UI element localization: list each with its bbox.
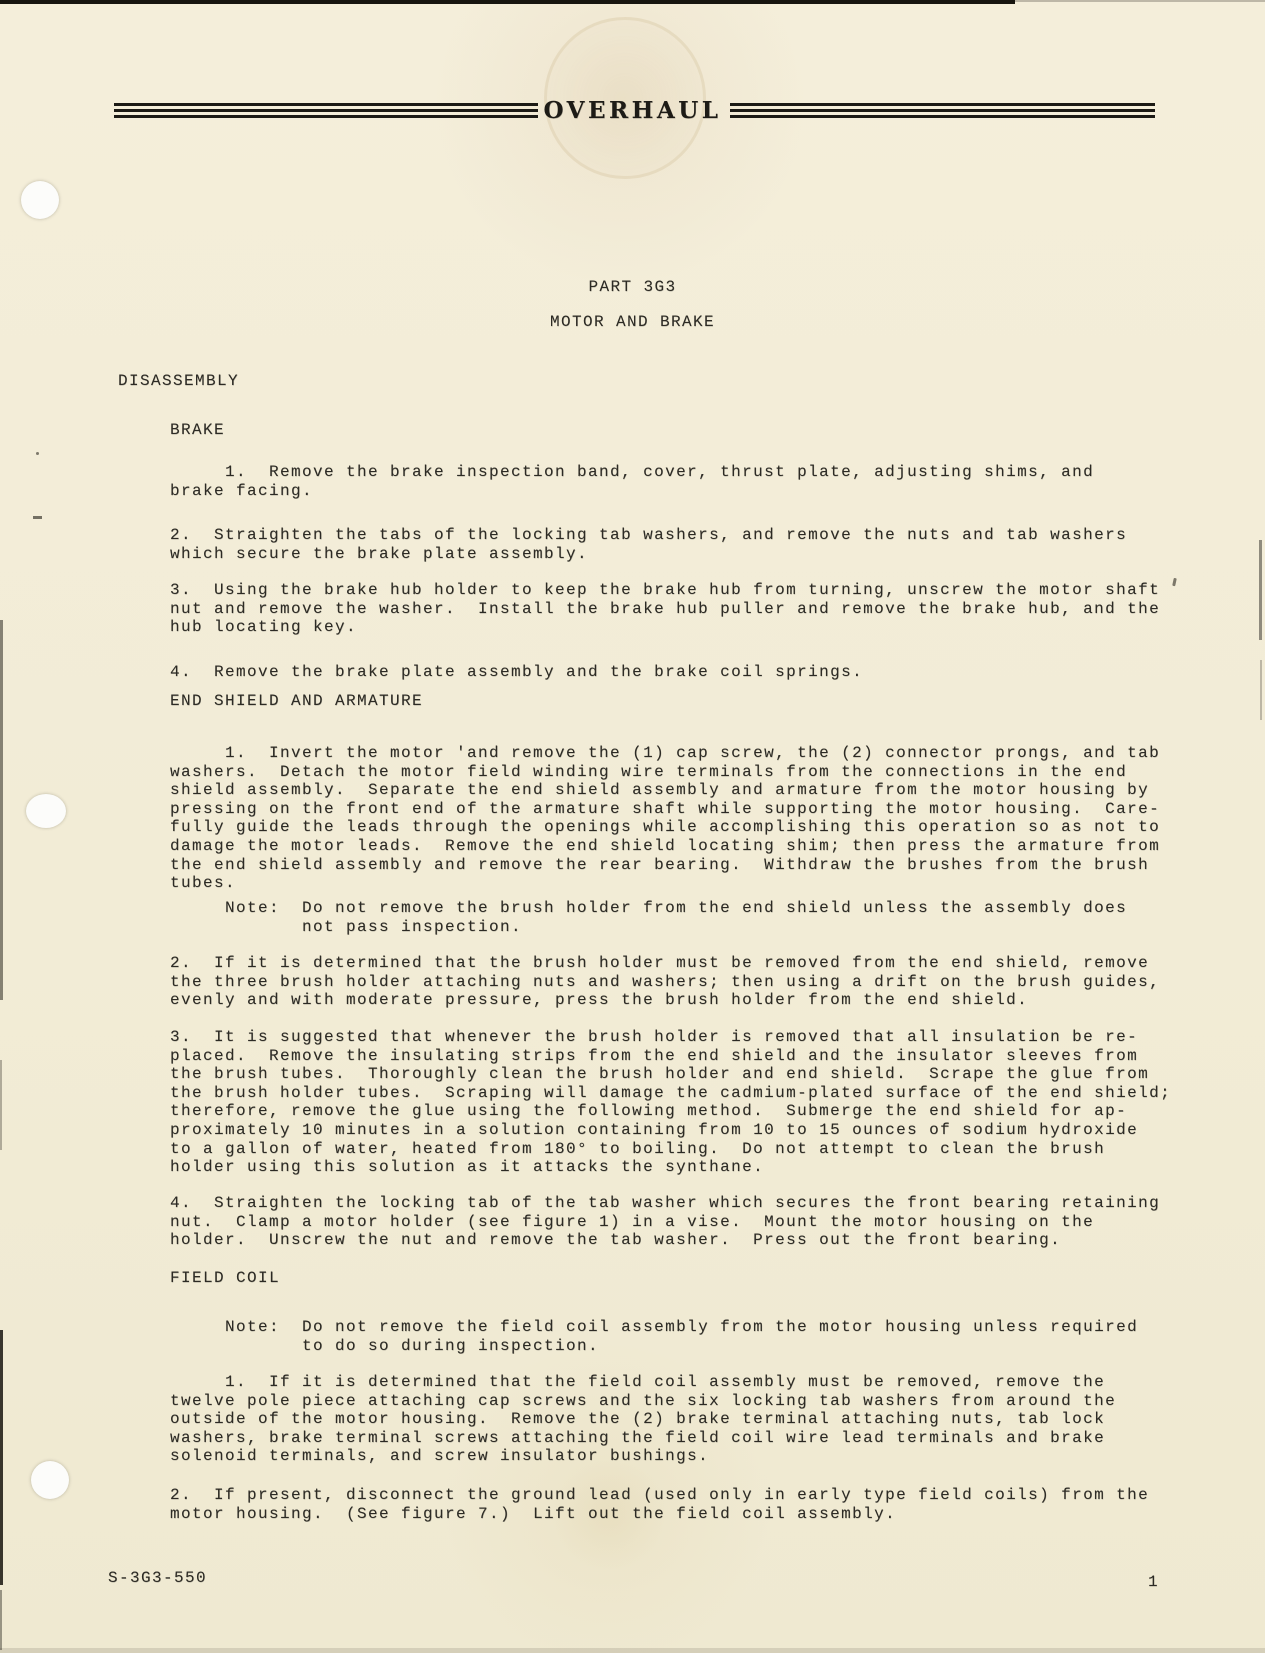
scan-edge-left-lower xyxy=(0,1330,3,1585)
scan-edge-left-upper xyxy=(0,620,3,1000)
punch-hole-middle xyxy=(26,794,66,828)
field-coil-step-2: 2. If present, disconnect the ground lea… xyxy=(170,1486,1149,1523)
scan-edge-left-mid xyxy=(0,1060,2,1150)
ink-speck-apostrophe xyxy=(1172,578,1176,586)
section-heading-disassembly: DISASSEMBLY xyxy=(118,372,239,391)
header-rule-right xyxy=(730,103,1155,118)
scan-edge-top xyxy=(0,0,1015,4)
scan-edge-left-bottom xyxy=(0,1590,2,1650)
ink-speck-dash xyxy=(33,516,42,519)
scan-edge-right-upper xyxy=(1259,540,1262,640)
field-coil-note: Note: Do not remove the field coil assem… xyxy=(170,1318,1138,1355)
document-number: S-3G3-550 xyxy=(108,1569,207,1588)
field-coil-step-1: 1. If it is determined that the field co… xyxy=(170,1373,1116,1466)
end-shield-step-4: 4. Straighten the locking tab of the tab… xyxy=(170,1194,1160,1250)
brake-step-3: 3. Using the brake hub holder to keep th… xyxy=(170,581,1160,637)
subsection-heading-field-coil: FIELD COIL xyxy=(170,1269,280,1288)
brake-step-4: 4. Remove the brake plate assembly and t… xyxy=(170,663,863,682)
scan-edge-right-lower xyxy=(1260,660,1262,720)
manual-page: OVERHAUL PART 3G3 MOTOR AND BRAKE DISASS… xyxy=(0,0,1265,1653)
brake-step-2: 2. Straighten the tabs of the locking ta… xyxy=(170,526,1127,563)
ink-speck-dot xyxy=(36,452,39,455)
subsection-heading-end-shield: END SHIELD AND ARMATURE xyxy=(170,692,423,711)
end-shield-step-1: 1. Invert the motor 'and remove the (1) … xyxy=(170,744,1160,893)
brake-step-1: 1. Remove the brake inspection band, cov… xyxy=(170,463,1094,500)
part-number-title: PART 3G3 xyxy=(0,278,1265,297)
subsection-heading-brake: BRAKE xyxy=(170,421,225,440)
end-shield-step-2: 2. If it is determined that the brush ho… xyxy=(170,954,1160,1010)
part-subject-title: MOTOR AND BRAKE xyxy=(0,313,1265,332)
scan-edge-top-right xyxy=(1015,0,1265,2)
page-number: 1 xyxy=(1148,1573,1159,1592)
scan-edge-bottom xyxy=(0,1648,1265,1653)
punch-hole-bottom xyxy=(31,1461,69,1499)
end-shield-step-3: 3. It is suggested that whenever the bru… xyxy=(170,1028,1171,1177)
punch-hole-top xyxy=(21,181,59,219)
end-shield-note: Note: Do not remove the brush holder fro… xyxy=(170,899,1127,936)
